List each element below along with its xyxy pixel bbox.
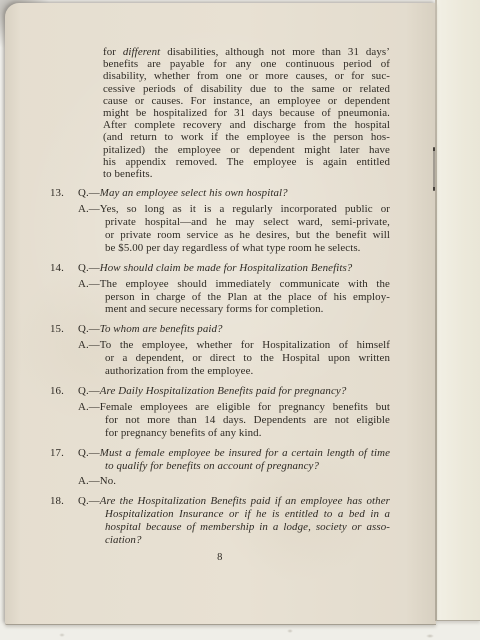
- question-line: Q.—Are the Hospitalization Benefits paid…: [78, 495, 390, 508]
- paragraph-line: pitalized) the employee or dependent mig…: [103, 144, 390, 156]
- answer-text: No.: [100, 475, 116, 487]
- paragraph-line: After complete recovery and discharge fr…: [103, 119, 390, 131]
- question-line: ciation?: [78, 534, 390, 547]
- paragraph-line: (and return to work if the employee is t…: [103, 131, 390, 143]
- staple: [433, 147, 435, 191]
- paragraph-line: benefits are payable for any one continu…: [103, 58, 390, 70]
- question-text: May an employee select his own hospital?: [100, 187, 288, 199]
- question-text: Must a female employee be insured for a …: [100, 447, 390, 459]
- question-label: Q.—: [78, 495, 100, 507]
- answer-line: for pregnancy benefits of any kind.: [78, 427, 390, 440]
- qa-item-18: 18. Q.—Are the Hospitalization Benefits …: [50, 495, 390, 547]
- answer-line: authorization from the employee.: [78, 365, 390, 378]
- paragraph-text: for: [103, 46, 123, 58]
- question-line: Q.—May an employee select his own hospit…: [78, 187, 390, 200]
- question-text: Are the Hospitalization Benefits paid if…: [100, 495, 390, 507]
- booklet-right-page-edge: [436, 0, 480, 621]
- qa-item-14: 14. Q.—How should claim be made for Hosp…: [50, 262, 390, 317]
- qa-item-13: 13. Q.—May an employee select his own ho…: [50, 187, 390, 255]
- page-number: 8: [50, 552, 390, 563]
- paragraph-line: might be hospitalized for 31 days becaus…: [103, 107, 390, 119]
- paragraph-line: his appendix removed. The employee is ag…: [103, 156, 390, 168]
- question-label: Q.—: [78, 187, 100, 199]
- answer-label: A.—: [78, 475, 100, 487]
- question-text: How should claim be made for Hospitaliza…: [100, 262, 353, 274]
- page-content: for different disabilities, although not…: [50, 46, 390, 563]
- question-line: Q.—Are Daily Hospitalization Benefits pa…: [78, 385, 390, 398]
- question-number: 15.: [50, 323, 78, 378]
- paragraph-line: cessive periods of disability due to the…: [103, 83, 390, 95]
- qa-body: Q.—May an employee select his own hospit…: [78, 187, 390, 255]
- answer-line: ment and secure necessary forms for comp…: [78, 303, 390, 316]
- question-number: 13.: [50, 187, 78, 255]
- qa-body: Q.—To whom are benefits paid? A.—To the …: [78, 323, 390, 378]
- answer-line: A.—Female employees are eligible for pre…: [78, 401, 390, 414]
- page-fold-gutter: [435, 0, 437, 621]
- question-number: 16.: [50, 385, 78, 440]
- qa-body: Q.—Must a female employee be insured for…: [78, 447, 390, 489]
- qa-item-16: 16. Q.—Are Daily Hospitalization Benefit…: [50, 385, 390, 440]
- question-label: Q.—: [78, 385, 100, 397]
- scanned-booklet-photo: for different disabilities, although not…: [0, 0, 480, 640]
- question-label: Q.—: [78, 323, 100, 335]
- question-label: Q.—: [78, 447, 100, 459]
- question-line: Q.—Must a female employee be insured for…: [78, 447, 390, 460]
- answer-line: be $5.00 per day regardless of what type…: [78, 242, 390, 255]
- paragraph-line: cause or causes. For instance, an employ…: [103, 95, 390, 107]
- question-line: Q.—To whom are benefits paid?: [78, 323, 390, 336]
- question-number: 17.: [50, 447, 78, 489]
- answer-label: A.—: [78, 401, 100, 413]
- qa-item-15: 15. Q.—To whom are benefits paid? A.—To …: [50, 323, 390, 378]
- answer-label: A.—: [78, 339, 100, 351]
- paragraph-line: for different disabilities, although not…: [103, 46, 390, 58]
- answer-line: A.—To the employee, whether for Hospital…: [78, 339, 390, 352]
- qa-item-17: 17. Q.—Must a female employee be insured…: [50, 447, 390, 489]
- question-number: 18.: [50, 495, 78, 547]
- question-line: to qualify for benefits on account of pr…: [78, 460, 390, 473]
- question-number: 14.: [50, 262, 78, 317]
- question-text: To whom are benefits paid?: [100, 323, 223, 335]
- paragraph-text: disabilities, although not more than 31 …: [160, 46, 390, 58]
- question-text: Are Daily Hospitalization Benefits paid …: [100, 385, 347, 397]
- question-line: hospital because of membership in a lodg…: [78, 521, 390, 534]
- answer-text: Yes, so long as it is a regularly incorp…: [100, 203, 390, 215]
- answer-line: or a dependent, or direct to the Hospita…: [78, 352, 390, 365]
- paragraph-line: to benefits.: [103, 168, 390, 180]
- answer-label: A.—: [78, 278, 100, 290]
- booklet-left-page: for different disabilities, although not…: [5, 3, 436, 625]
- question-line: Q.—How should claim be made for Hospital…: [78, 262, 390, 275]
- answer-line: for not more than 14 days. Dependents ar…: [78, 414, 390, 427]
- answer-text: Female employees are eligible for pregna…: [100, 401, 390, 413]
- answer-line: person in charge of the Plan at the plac…: [78, 291, 390, 304]
- answer-line: or private room service as he desires, b…: [78, 229, 390, 242]
- question-label: Q.—: [78, 262, 100, 274]
- answer-text: To the employee, whether for Hospitaliza…: [100, 339, 390, 351]
- qa-body: Q.—Are Daily Hospitalization Benefits pa…: [78, 385, 390, 440]
- paragraph-italic-word: different: [123, 46, 160, 58]
- answer-text: The employee should immediately communic…: [100, 278, 390, 290]
- answer-line: A.—Yes, so long as it is a regularly inc…: [78, 203, 390, 216]
- question-line: Hospitalization Insurance or if he is en…: [78, 508, 390, 521]
- qa-body: Q.—Are the Hospitalization Benefits paid…: [78, 495, 390, 547]
- answer-label: A.—: [78, 203, 100, 215]
- answer-line: private hospital—and he may select ward,…: [78, 216, 390, 229]
- continuation-paragraph: for different disabilities, although not…: [103, 46, 390, 180]
- answer-line: A.—The employee should immediately commu…: [78, 278, 390, 291]
- answer-line: A.—No.: [78, 475, 390, 488]
- paragraph-line: disability, whether from one or more cau…: [103, 70, 390, 82]
- qa-body: Q.—How should claim be made for Hospital…: [78, 262, 390, 317]
